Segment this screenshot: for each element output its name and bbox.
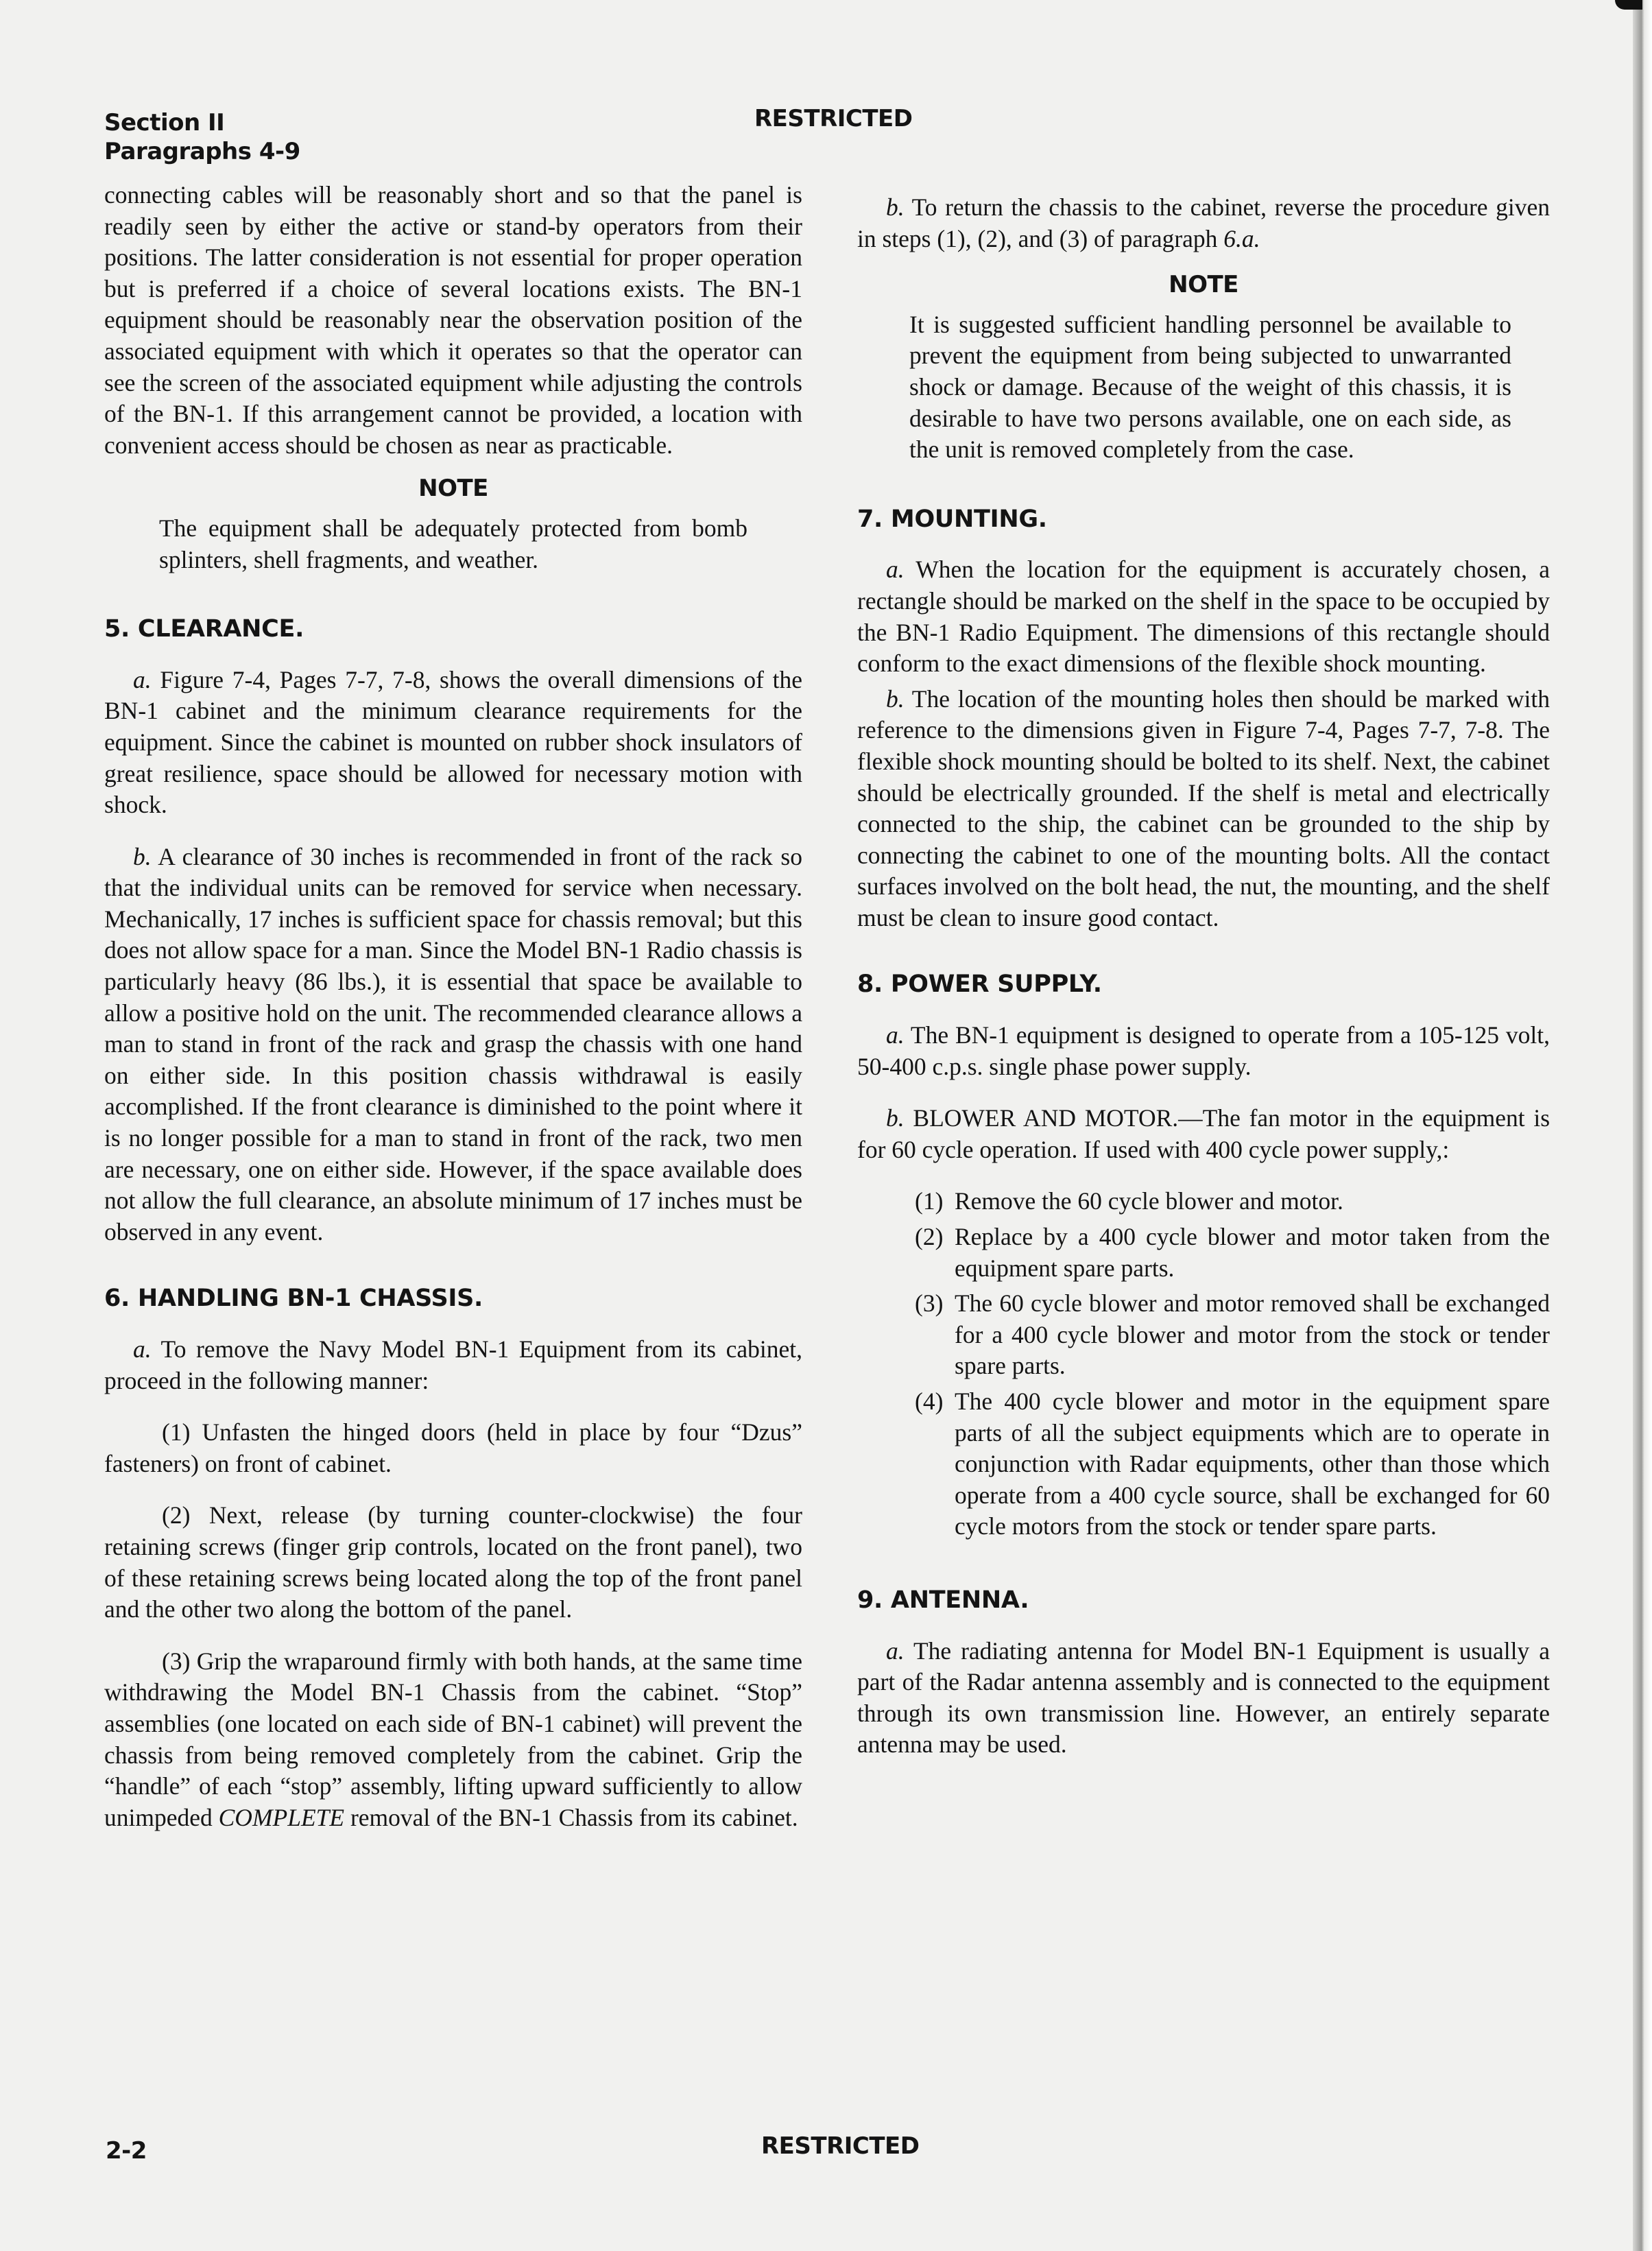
sub-label: b. [886,685,905,713]
sub-label: a. [886,1021,905,1049]
step-number: (4) [915,1386,943,1418]
handling-paragraph-b: b. To return the chassis to the cabinet,… [857,192,1550,254]
intro-paragraph: connecting cables will be reasonably sho… [104,180,802,461]
handling-a-text: To remove the Navy Model BN-1 Equipment … [104,1335,802,1394]
handling-step-1: (1) Unfasten the hinged doors (held in p… [104,1417,802,1479]
sub-label: b. [886,1104,905,1132]
classification-footer: RESTRICTED [761,2132,920,2160]
note-title: NOTE [104,473,802,505]
section-heading-antenna: 9. ANTENNA. [857,1585,1550,1617]
page-corner [1615,0,1642,10]
antenna-paragraph-a: a. The radiating antenna for Model BN-1 … [857,1636,1550,1761]
blower-steps-list: (1)Remove the 60 cycle blower and motor.… [857,1186,1550,1543]
handling-step-2: (2) Next, release (by turning counter-cl… [104,1500,802,1625]
step-number: (2) [915,1222,943,1253]
note-title: NOTE [857,270,1550,301]
list-item: (1)Remove the 60 cycle blower and motor. [915,1186,1550,1217]
handling-paragraph-a: a. To remove the Navy Model BN-1 Equipme… [104,1334,802,1396]
paragraphs-label: Paragraphs 4-9 [104,137,300,166]
mounting-b-text: The location of the mounting holes then … [857,685,1550,931]
section-heading-power-supply: 8. POWER SUPPLY. [857,969,1550,1001]
step-text: Remove the 60 cycle blower and motor. [955,1187,1343,1215]
handling-step-3: (3) Grip the wraparound firmly with both… [104,1646,802,1834]
sub-label: b. [886,193,905,221]
note-body: It is suggested sufficient handling pers… [909,309,1511,466]
section-heading-mounting: 7. MOUNTING. [857,504,1550,536]
step-text: The 400 cycle blower and motor in the eq… [955,1387,1550,1540]
step-number: (3) [915,1288,943,1320]
step-text: The 60 cycle blower and motor removed sh… [955,1289,1550,1379]
clearance-a-text: Figure 7-4, Pages 7-7, 7-8, shows the ov… [104,666,802,818]
clearance-paragraph-b: b. A clearance of 30 inches is recommend… [104,842,802,1248]
list-item: (3)The 60 cycle blower and motor removed… [915,1288,1550,1382]
section-heading-clearance: 5. CLEARANCE. [104,614,802,645]
power-b-text: BLOWER AND MOTOR.—The fan motor in the e… [857,1104,1550,1163]
handling-b-text: To return the chassis to the cabinet, re… [857,193,1550,252]
note-body: The equipment shall be adequately protec… [159,513,747,575]
step-number: (1) [915,1186,943,1217]
emphasis-complete: COMPLETE [219,1804,344,1831]
sub-label: a. [133,666,152,693]
page-number: 2-2 [106,2136,147,2165]
right-column: b. To return the chassis to the cabinet,… [857,192,1550,1761]
antenna-a-text: The radiating antenna for Model BN-1 Equ… [857,1637,1550,1759]
sub-label: a. [886,556,905,583]
clearance-paragraph-a: a. Figure 7-4, Pages 7-7, 7-8, shows the… [104,665,802,821]
sub-label: a. [886,1637,905,1665]
power-a-text: The BN-1 equipment is designed to operat… [857,1021,1550,1080]
sub-label: a. [133,1335,152,1363]
section-label: Section II [104,108,300,137]
classification-header: RESTRICTED [754,104,913,133]
step3-text-end: removal of the BN-1 Chassis from its cab… [344,1804,798,1831]
mounting-a-text: When the location for the equipment is a… [857,556,1550,677]
sub-label: b. [133,843,152,870]
section-heading-handling: 6. HANDLING BN-1 CHASSIS. [104,1283,802,1315]
paragraph-reference: 6.a. [1223,225,1260,252]
clearance-b-text: A clearance of 30 inches is recommended … [104,843,802,1246]
mounting-paragraph-a: a. When the location for the equipment i… [857,554,1550,679]
step-text: Replace by a 400 cycle blower and motor … [955,1223,1550,1282]
running-header-left: Section II Paragraphs 4-9 [104,108,300,166]
power-paragraph-a: a. The BN-1 equipment is designed to ope… [857,1020,1550,1082]
page-edge-shadow [1633,0,1652,2251]
list-item: (4)The 400 cycle blower and motor in the… [915,1386,1550,1543]
mounting-paragraph-b: b. The location of the mounting holes th… [857,684,1550,934]
power-paragraph-b: b. BLOWER AND MOTOR.—The fan motor in th… [857,1103,1550,1165]
list-item: (2)Replace by a 400 cycle blower and mot… [915,1222,1550,1284]
left-column: connecting cables will be reasonably sho… [104,180,802,1833]
